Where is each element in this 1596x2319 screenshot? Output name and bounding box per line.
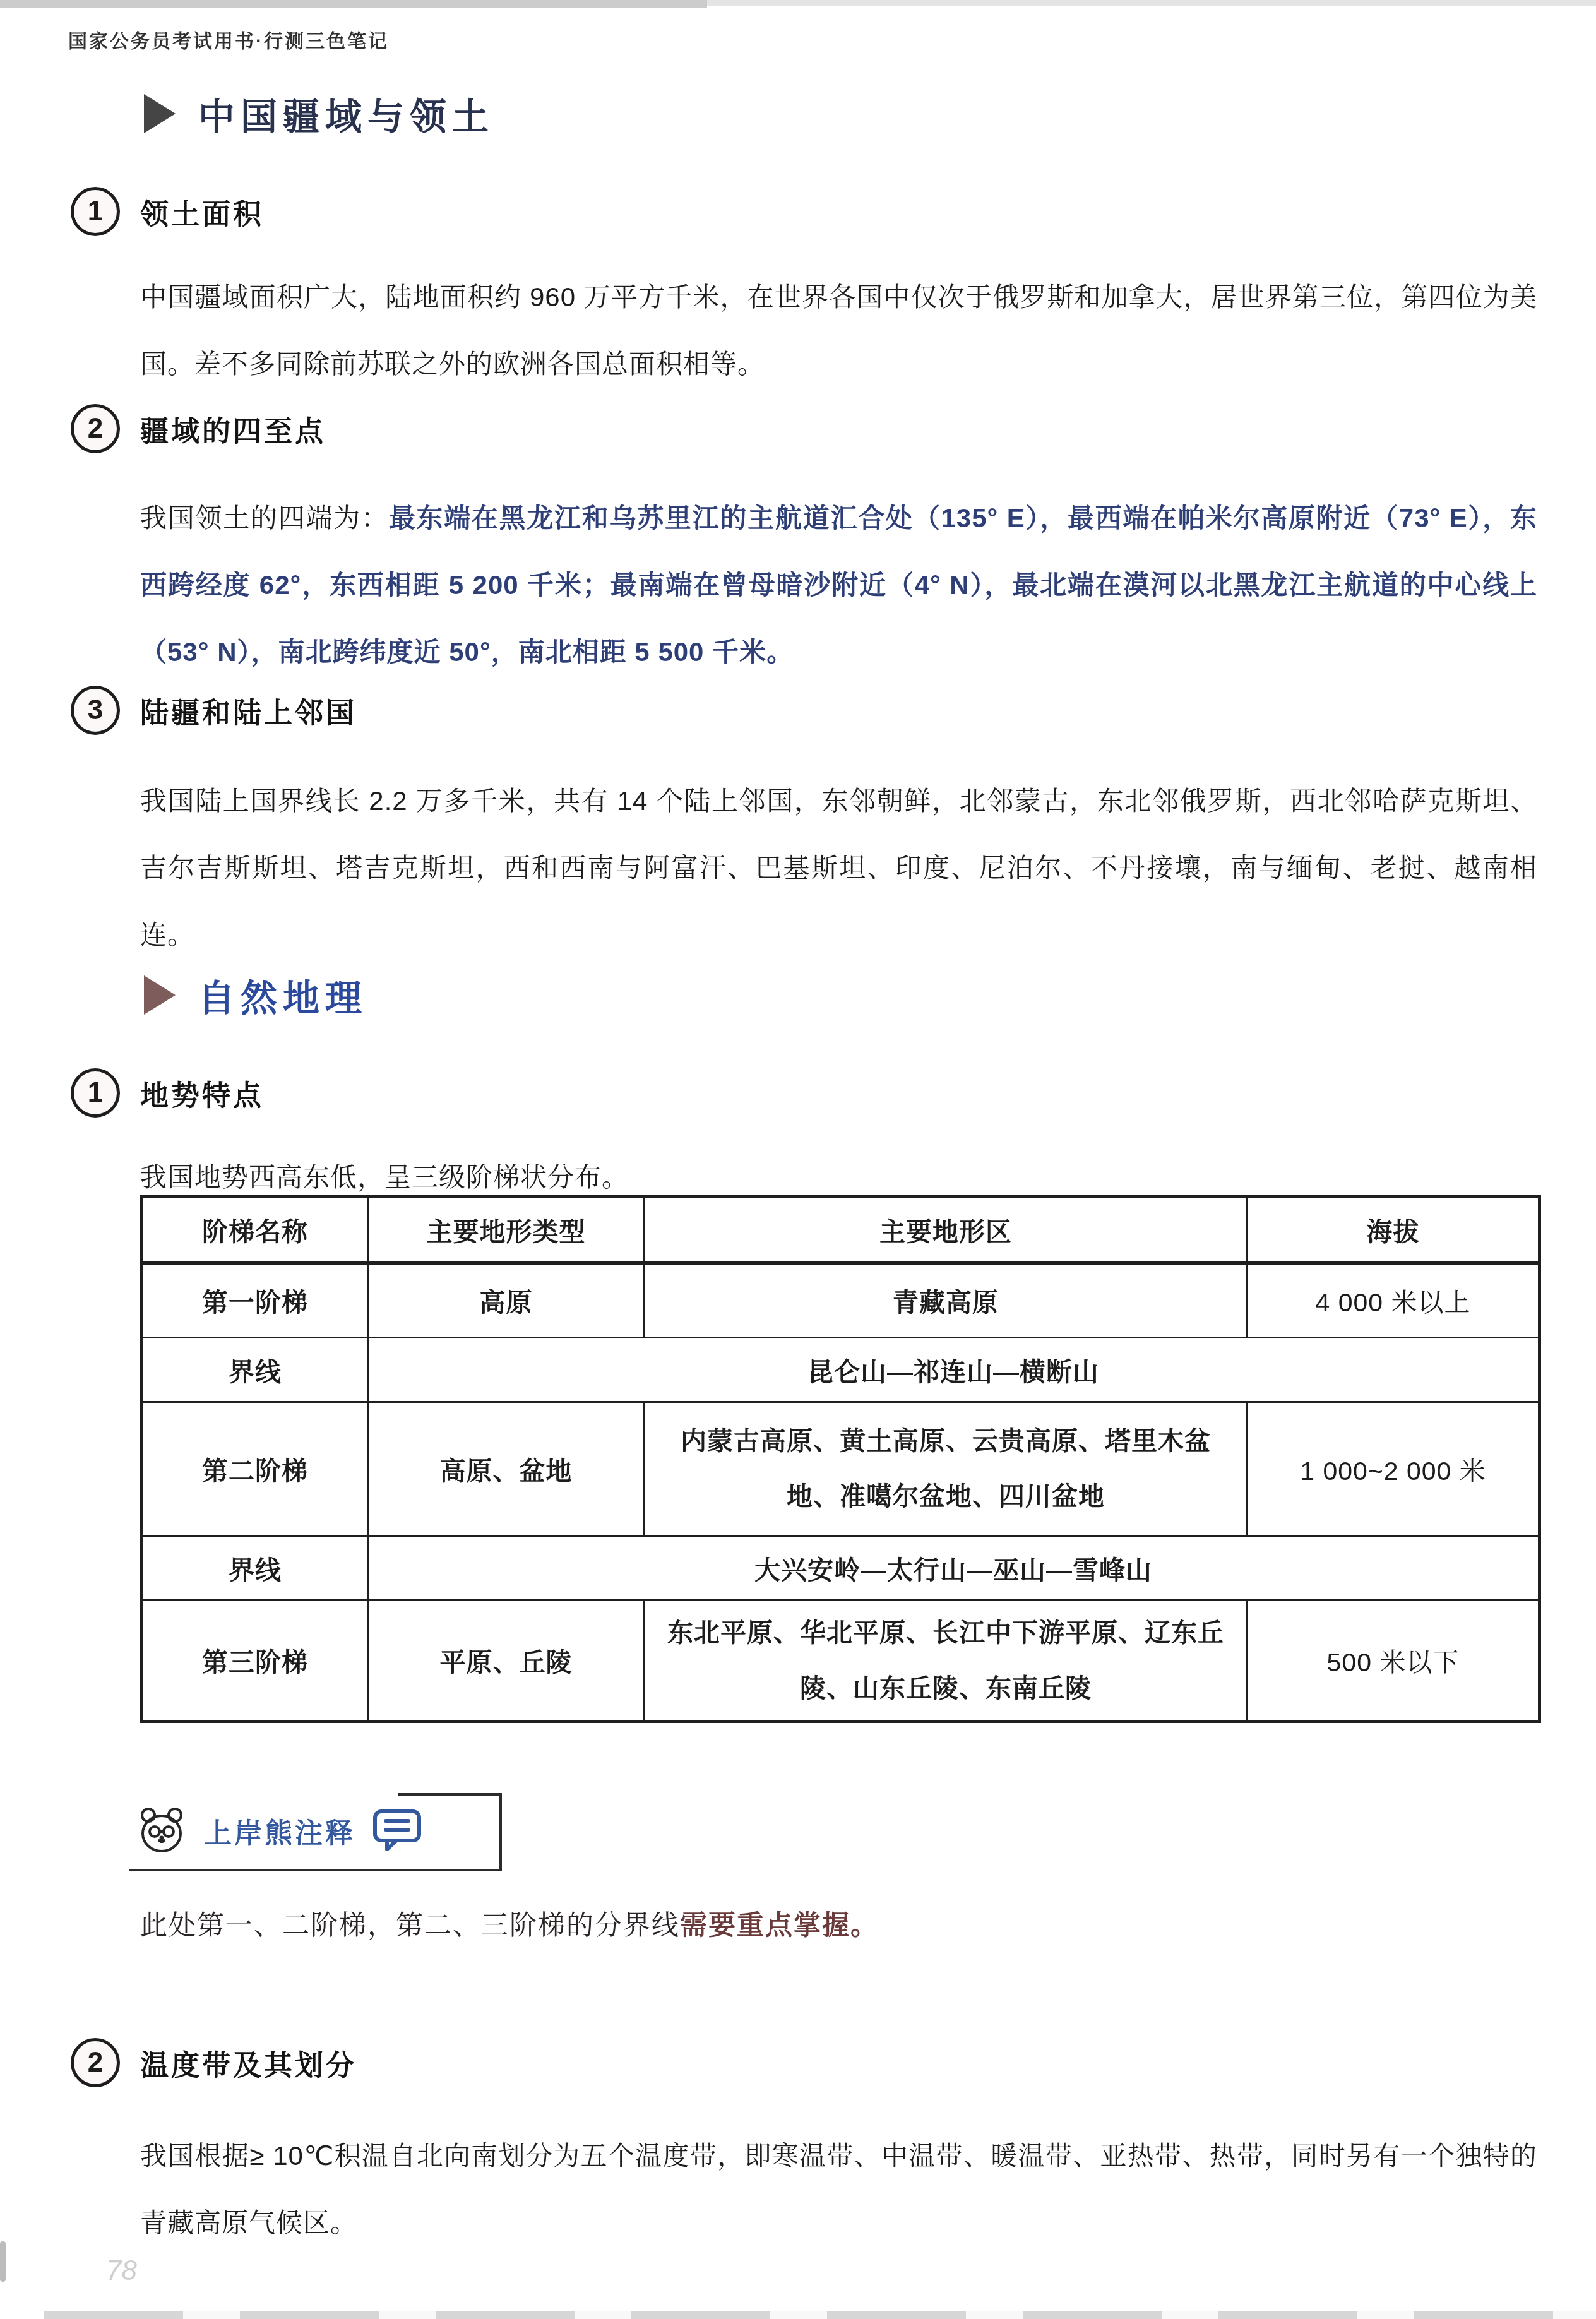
table-row-first-step: 第一阶梯 高原 青藏高原 4 000 米以上 (142, 1263, 1540, 1337)
table-cell-boundary-label: 界线 (142, 1535, 368, 1600)
circled-number-icon: 1 (71, 187, 120, 236)
bear-face-icon (136, 1805, 188, 1857)
circled-number-icon: 2 (71, 404, 120, 453)
table-cell-step: 第二阶梯 (142, 1402, 368, 1535)
section-heading-label: 地势特点 (140, 1073, 264, 1114)
table-row-second-step: 第二阶梯 高原、盆地 内蒙古高原、黄土高原、云贵高原、塔里木盆地、准噶尔盆地、四… (142, 1402, 1540, 1535)
table-cell-landform-region: 东北平原、华北平原、长江中下游平原、辽东丘陵、山东丘陵、东南丘陵 (645, 1600, 1248, 1721)
scan-artifact-top-right (707, 0, 1596, 6)
table-cell-boundary-label: 界线 (142, 1337, 368, 1402)
section-heading-territory-area: 1 领土面积 (71, 187, 264, 236)
section-heading-label: 温度带及其划分 (140, 2042, 357, 2084)
table-cell-boundary-mountains: 昆仑山—祁连山—横断山 (368, 1337, 1540, 1402)
section-heading-land-neighbors: 3 陆疆和陆上邻国 (71, 686, 357, 735)
part-title-text: 自然地理 (198, 969, 367, 1022)
table-cell-elevation: 500 米以下 (1248, 1600, 1540, 1721)
table-cell-landform-type: 高原 (368, 1263, 645, 1337)
part-title-text: 中国疆域与领土 (198, 87, 494, 140)
table-header-elevation: 海拔 (1248, 1196, 1540, 1263)
right-triangle-icon (144, 94, 176, 133)
table-cell-landform-region: 内蒙古高原、黄土高原、云贵高原、塔里木盆地、准噶尔盆地、四川盆地 (645, 1402, 1248, 1535)
table-cell-step: 第一阶梯 (142, 1263, 368, 1337)
circled-number-icon: 1 (71, 1068, 120, 1118)
scan-artifact-left (0, 2241, 6, 2282)
table-cell-elevation: 4 000 米以上 (1248, 1263, 1540, 1337)
table-header-landform-region: 主要地形区 (645, 1196, 1248, 1263)
section-heading-temperature-zones: 2 温度带及其划分 (71, 2038, 357, 2087)
table-cell-landform-type: 高原、盆地 (368, 1402, 645, 1535)
part-title-physical-geography: 自然地理 (144, 969, 367, 1022)
page-number: 78 (106, 2255, 137, 2287)
section-heading-terrain-features: 1 地势特点 (71, 1068, 264, 1118)
table-row-boundary-2: 界线 大兴安岭—太行山—巫山—雪峰山 (142, 1535, 1540, 1600)
section-heading-label: 疆域的四至点 (140, 408, 326, 450)
terrain-steps-table: 阶梯名称 主要地形类型 主要地形区 海拔 第一阶梯 高原 青藏高原 4 000 … (140, 1195, 1541, 1723)
scan-artifact-top (0, 0, 707, 8)
table-header-step-name: 阶梯名称 (142, 1196, 368, 1263)
paragraph-text: 我国地势西高东低，呈三级阶梯状分布。 (140, 1162, 629, 1192)
annotation-tab: 上岸熊注释 (129, 1793, 502, 1871)
table-header-row: 阶梯名称 主要地形类型 主要地形区 海拔 (142, 1196, 1540, 1263)
table-cell-step: 第三阶梯 (142, 1600, 368, 1721)
annotation-text-highlight: 需要重点掌握。 (680, 1911, 879, 1941)
section-heading-label: 陆疆和陆上邻国 (140, 690, 357, 731)
annotation-text: 此处第一、二阶梯，第二、三阶梯的分界线需要重点掌握。 (140, 1894, 1537, 1957)
section-heading-label: 领土面积 (140, 191, 264, 232)
table-header-landform-type: 主要地形类型 (368, 1196, 645, 1263)
paragraph-text: 我国根据≥ 10℃积温自北向南划分为五个温度带，即寒温带、中温带、暖温带、亚热带… (140, 2141, 1537, 2238)
table-cell-landform-type: 平原、丘陵 (368, 1600, 645, 1721)
paragraph-text: 我国陆上国界线长 2.2 万多千米，共有 14 个陆上邻国，东邻朝鲜，北邻蒙古，… (140, 786, 1537, 950)
annotation-tab-label: 上岸熊注释 (204, 1811, 355, 1851)
right-triangle-icon (144, 975, 176, 1015)
table-cell-elevation: 1 000~2 000 米 (1248, 1402, 1540, 1535)
paragraph-four-extremes: 我国领土的四端为：最东端在黑龙江和乌苏里江的主航道汇合处（135° E），最西端… (140, 485, 1537, 686)
circled-number-icon: 3 (71, 686, 120, 735)
scan-artifact-bottom (44, 2311, 1596, 2319)
annotation-text-plain: 此处第一、二阶梯，第二、三阶梯的分界线 (140, 1911, 680, 1941)
section-heading-four-extremes: 2 疆域的四至点 (71, 404, 326, 453)
paragraph-temperature-zones: 我国根据≥ 10℃积温自北向南划分为五个温度带，即寒温带、中温带、暖温带、亚热带… (140, 2123, 1537, 2256)
paragraph-land-neighbors: 我国陆上国界线长 2.2 万多千米，共有 14 个陆上邻国，东邻朝鲜，北邻蒙古，… (140, 768, 1537, 969)
paragraph-intro-text: 我国领土的四端为： (140, 503, 389, 533)
table-row-third-step: 第三阶梯 平原、丘陵 东北平原、华北平原、长江中下游平原、辽东丘陵、山东丘陵、东… (142, 1600, 1540, 1721)
annotation-tab-border (398, 1793, 499, 1796)
paragraph-text: 中国疆域面积广大，陆地面积约 960 万平方千米，在世界各国中仅次于俄罗斯和加拿… (140, 282, 1537, 379)
speech-bubble-icon (372, 1808, 422, 1854)
table-row-boundary-1: 界线 昆仑山—祁连山—横断山 (142, 1337, 1540, 1402)
part-title-territory: 中国疆域与领土 (144, 87, 494, 140)
table-cell-landform-region: 青藏高原 (645, 1263, 1248, 1337)
paragraph-territory-area: 中国疆域面积广大，陆地面积约 960 万平方千米，在世界各国中仅次于俄罗斯和加拿… (140, 264, 1537, 398)
circled-number-icon: 2 (71, 2038, 120, 2087)
book-running-head: 国家公务员考试用书·行测三色笔记 (68, 25, 389, 53)
table-cell-boundary-mountains: 大兴安岭—太行山—巫山—雪峰山 (368, 1535, 1540, 1600)
